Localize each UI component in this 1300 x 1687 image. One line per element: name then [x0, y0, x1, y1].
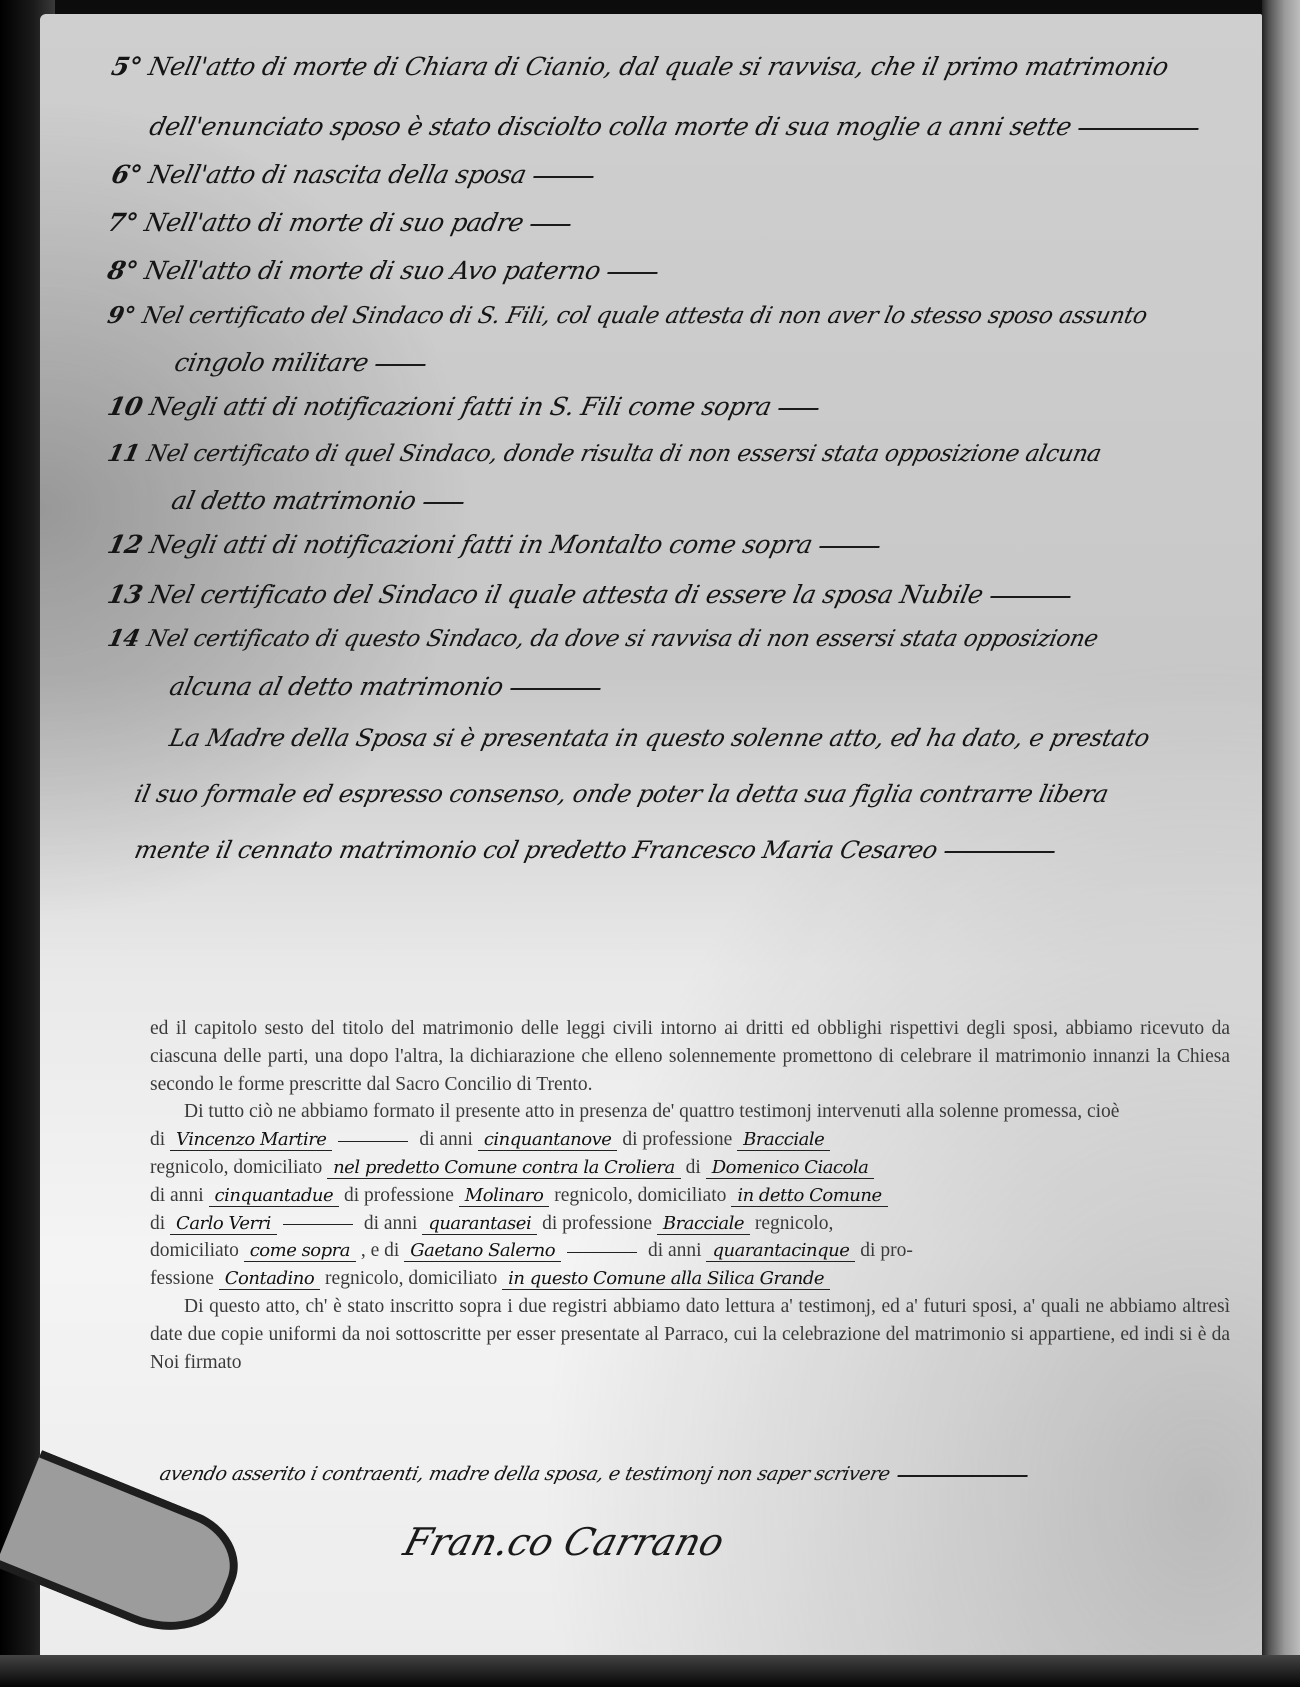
- item-6: 6°Nell'atto di nascita della sposa: [109, 160, 597, 189]
- witness-3-age: quarantasei: [422, 1213, 537, 1235]
- witness-line-6: fessione Contadino regnicolo, domiciliat…: [150, 1265, 1230, 1293]
- witness-4-profession: Contadino: [219, 1268, 320, 1290]
- item-9-cont: cingolo militare: [172, 348, 429, 377]
- witness-3-domicile: come sopra: [244, 1240, 356, 1262]
- item-9: 9°Nel certificato del Sindaco di S. Fili…: [105, 302, 1150, 329]
- item-13: 13Nel certificato del Sindaco il quale a…: [105, 580, 1074, 609]
- item-11: 11Nel certificato di quel Sindaco, donde…: [105, 440, 1104, 467]
- witness-4-name: Gaetano Salerno: [404, 1240, 561, 1262]
- witness-1-domicile: nel predetto Comune contra la Croliera: [327, 1157, 681, 1179]
- mother-consent-line-2: il suo formale ed espresso consenso, ond…: [132, 780, 1111, 808]
- mother-consent-line-1: La Madre della Sposa si è presentata in …: [167, 724, 1152, 752]
- mother-consent-line-3: mente il cennato matrimonio col predetto…: [132, 836, 1058, 864]
- item-12: 12Negli atti di notificazioni fatti in M…: [105, 530, 883, 559]
- official-signature: Fran.co Carrano: [399, 1520, 729, 1564]
- witness-line-2: regnicolo, domiciliato nel predetto Comu…: [150, 1154, 1230, 1182]
- item-14: 14Nel certificato di questo Sindaco, da …: [105, 625, 1100, 652]
- item-5-cont: dell'enunciato sposo è stato disciolto c…: [147, 112, 1202, 141]
- printed-paragraph-3: Di questo atto, ch' è stato inscritto so…: [150, 1293, 1230, 1376]
- witness-1-name: Vincenzo Martire: [170, 1129, 332, 1151]
- printed-paragraph-2: Di tutto ciò ne abbiamo formato il prese…: [150, 1098, 1230, 1126]
- item-8: 8°Nell'atto di morte di suo Avo paterno: [105, 256, 661, 285]
- item-14-cont: alcuna al detto matrimonio: [167, 672, 604, 701]
- witness-1-age: cinquantanove: [478, 1129, 618, 1151]
- witness-line-1: di Vincenzo Martire di anni cinquantanov…: [150, 1126, 1230, 1154]
- witness-line-3: di anni cinquantadue di professione Moli…: [150, 1182, 1230, 1210]
- witness-3-name: Carlo Verri: [170, 1213, 277, 1235]
- item-11-cont: al detto matrimonio: [169, 486, 467, 515]
- witness-line-5: domiciliato come sopra , e di Gaetano Sa…: [150, 1237, 1230, 1265]
- witness-2-age: cinquantadue: [209, 1185, 340, 1207]
- printed-paragraph-1: ed il capitolo sesto del titolo del matr…: [150, 1015, 1230, 1098]
- item-7: 7°Nell'atto di morte di suo padre: [105, 208, 574, 237]
- witness-4-domicile: in questo Comune alla Silica Grande: [502, 1268, 830, 1290]
- item-10: 10Negli atti di notificazioni fatti in S…: [105, 392, 822, 421]
- witness-3-profession: Bracciale: [657, 1213, 750, 1235]
- witness-2-profession: Molinaro: [459, 1185, 550, 1207]
- page-bottom-edge: [0, 1655, 1300, 1687]
- witness-1-profession: Bracciale: [737, 1129, 830, 1151]
- closing-note: avendo asserito i contraenti, madre dell…: [158, 1463, 1030, 1485]
- page-right-edge: [1262, 0, 1300, 1687]
- item-5: 5°Nell'atto di morte di Chiara di Cianio…: [109, 52, 1171, 81]
- witness-4-age: quarantacinque: [706, 1240, 855, 1262]
- witness-2-domicile: in detto Comune: [731, 1185, 887, 1207]
- printed-form: ed il capitolo sesto del titolo del matr…: [150, 1015, 1230, 1376]
- witness-2-name: Domenico Ciacola: [706, 1157, 875, 1179]
- witness-line-4: di Carlo Verri di anni quarantasei di pr…: [150, 1210, 1230, 1238]
